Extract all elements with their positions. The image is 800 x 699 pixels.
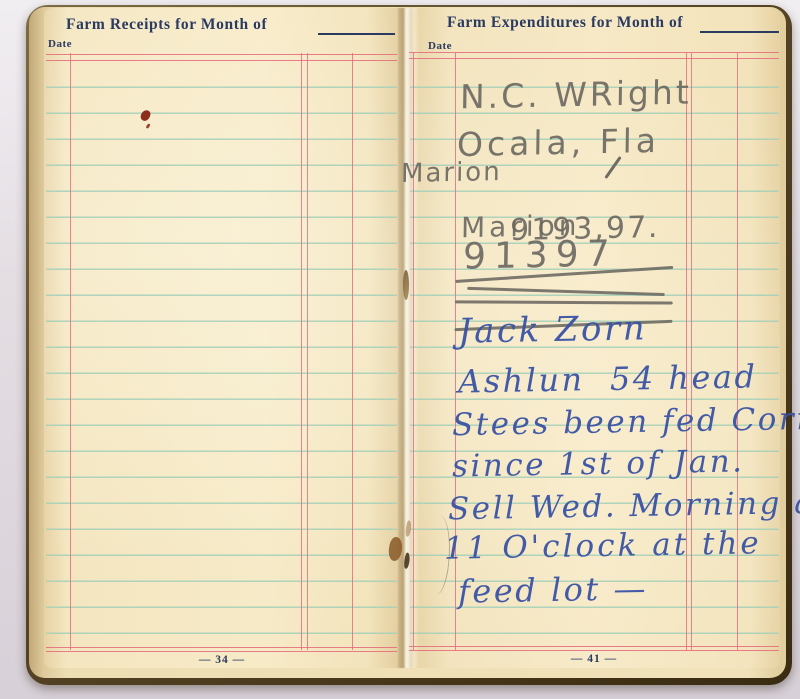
footer-rule bbox=[409, 650, 779, 651]
pen-line-since-jan: since 1st of Jan. bbox=[452, 446, 745, 482]
date-label-left: Date bbox=[48, 38, 72, 50]
column-rule-margin-right-page bbox=[413, 53, 414, 650]
footer-rule bbox=[46, 647, 397, 648]
header-rule bbox=[409, 52, 779, 53]
header-rule bbox=[46, 60, 397, 61]
page-number-left: — 34 — bbox=[162, 654, 282, 666]
title-underline-right bbox=[700, 31, 779, 33]
pen-line-name: Jack Zorn bbox=[458, 311, 648, 348]
header-rule bbox=[46, 54, 397, 55]
pencil-number-line: 91397 bbox=[463, 236, 618, 275]
pen-line-sell-wed: Sell Wed. Morning at bbox=[448, 488, 800, 526]
pencil-city-line: Ocala, Fla bbox=[457, 124, 661, 161]
spine-tear-upper bbox=[403, 270, 409, 300]
column-rule bbox=[301, 53, 302, 650]
farm-receipts-title: Farm Receipts for Month of bbox=[66, 16, 267, 34]
strike-line bbox=[455, 300, 673, 304]
ruling-left-page bbox=[46, 62, 397, 646]
page-number-right: — 41 — bbox=[534, 653, 654, 665]
footer-rule bbox=[409, 646, 779, 647]
pencil-county-line-1: Marion bbox=[401, 159, 502, 187]
column-rule bbox=[307, 53, 308, 650]
date-label-right: Date bbox=[428, 40, 452, 52]
pen-line-fed-corn: Stees been fed Corn bbox=[452, 404, 800, 441]
column-rule-date-left bbox=[70, 53, 71, 650]
pencil-name-line: N.C. WRight bbox=[460, 76, 692, 114]
farm-expenditures-title: Farm Expenditures for Month of bbox=[447, 14, 683, 32]
pen-line-head-count: Ashlun 54 head bbox=[458, 360, 758, 397]
pen-line-eleven-oclock: 11 O'clock at the bbox=[444, 528, 762, 565]
title-underline-left bbox=[318, 33, 395, 35]
header-rule bbox=[409, 58, 779, 59]
ledger-scan: Farm Receipts for Month of Date Farm Exp… bbox=[0, 0, 800, 699]
column-rule bbox=[352, 53, 353, 650]
strike-line bbox=[467, 287, 664, 296]
footer-rule bbox=[46, 651, 397, 652]
pen-line-feed-lot: feed lot — bbox=[458, 572, 648, 607]
